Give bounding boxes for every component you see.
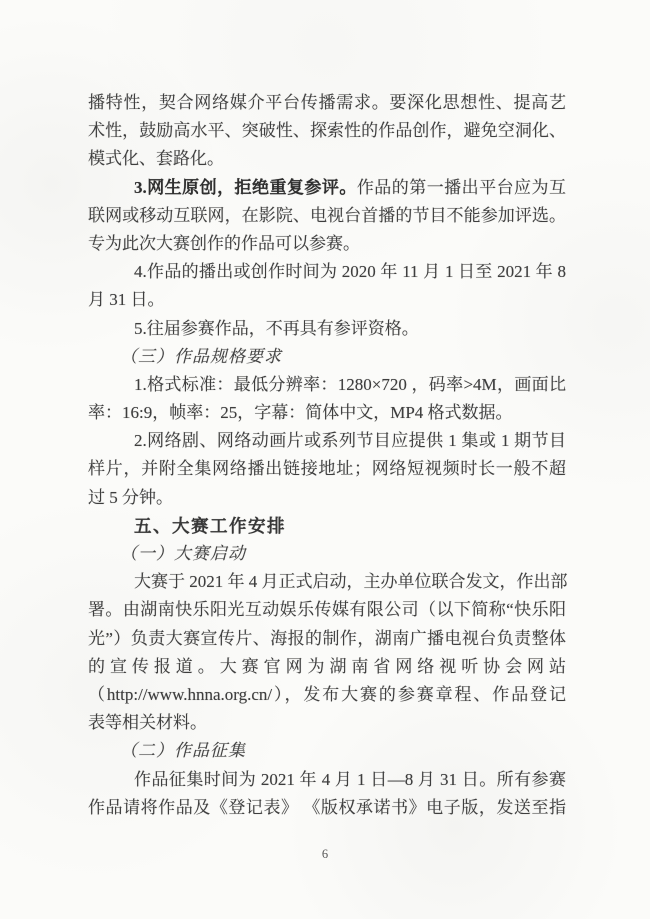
paragraph-line: 模式化、套路化。 xyxy=(88,145,566,173)
paragraph-line-item-4: 4.作品的播出或创作时间为 2020 年 11 月 1 日至 2021 年 8 xyxy=(88,258,566,286)
paragraph-line: 的宣传报道。大赛官网为湖南省网络视听协会网站 xyxy=(88,653,566,681)
section-heading-5: 五、大赛工作安排 xyxy=(88,512,566,540)
paragraph-line-with-url: （http://www.hnna.org.cn/），发布大赛的参赛章程、作品登记 xyxy=(88,681,566,709)
paragraph-line: 联网或移动互联网，在影院、电视台首播的节目不能参加评选。 xyxy=(88,202,566,230)
bold-lead-in: 3.网生原创，拒绝重复参评。 xyxy=(134,178,357,197)
paragraph-line: 过 5 分钟。 xyxy=(88,484,566,512)
paragraph-line: 表等相关材料。 xyxy=(88,709,566,737)
page-number: 6 xyxy=(0,846,650,862)
document-page: 播特性，契合网络媒介平台传播需求。要深化思想性、提高艺 术性，鼓励高水平、突破性… xyxy=(0,0,650,919)
subsection-heading-2: （二）作品征集 xyxy=(88,737,566,765)
subsection-heading-3: （三）作品规格要求 xyxy=(88,343,566,371)
paragraph-line: 样片，并附全集网络播出链接地址；网络短视频时长一般不超 xyxy=(88,455,566,483)
paragraph-line: 术性，鼓励高水平、突破性、探索性的作品创作，避免空洞化、 xyxy=(88,117,566,145)
subsection-heading-1: （一）大赛启动 xyxy=(88,540,566,568)
paragraph-line-item-3: 3.网生原创，拒绝重复参评。作品的第一播出平台应为互 xyxy=(88,174,566,202)
paragraph-line: 作品请将作品及《登记表》 《版权承诺书》电子版，发送至指 xyxy=(88,794,566,822)
paragraph-line: 作品征集时间为 2021 年 4 月 1 日—8 月 31 日。所有参赛 xyxy=(88,766,566,794)
paragraph-text: 作品的第一播出平台应为互 xyxy=(357,178,566,197)
paragraph-line: 率：16:9，帧率：25，字幕：简体中文，MP4 格式数据。 xyxy=(88,399,566,427)
paragraph-line: 播特性，契合网络媒介平台传播需求。要深化思想性、提高艺 xyxy=(88,89,566,117)
paragraph-line: 署。由湖南快乐阳光互动娱乐传媒有限公司（以下简称“快乐阳 xyxy=(88,596,566,624)
paragraph-line-item-1: 1.格式标准：最低分辨率：1280×720 ，码率>4M，画面比 xyxy=(88,371,566,399)
paragraph-line: 光”）负责大赛宣传片、海报的制作，湖南广播电视台负责整体 xyxy=(88,625,566,653)
paragraph-line: 月 31 日。 xyxy=(88,286,566,314)
text-column: 播特性，契合网络媒介平台传播需求。要深化思想性、提高艺 术性，鼓励高水平、突破性… xyxy=(88,89,566,822)
paragraph-line: 专为此次大赛创作的作品可以参赛。 xyxy=(88,230,566,258)
paragraph-line-item-5: 5.往届参赛作品，不再具有参评资格。 xyxy=(88,315,566,343)
paragraph-line: 大赛于 2021 年 4 月正式启动，主办单位联合发文，作出部 xyxy=(88,568,566,596)
paragraph-line-item-2: 2.网络剧、网络动画片或系列节目应提供 1 集或 1 期节目 xyxy=(88,427,566,455)
